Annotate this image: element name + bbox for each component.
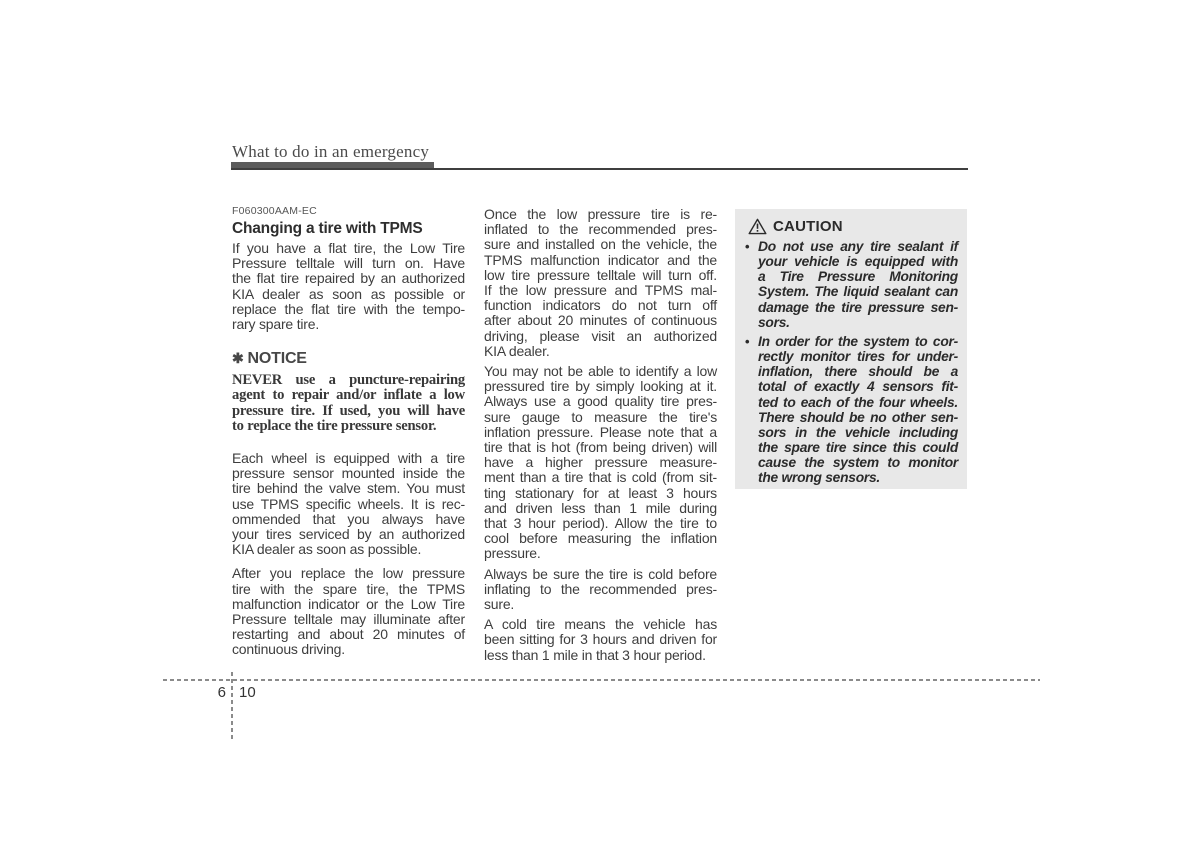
paragraph: Always be sure the tire is cold beforein…: [484, 567, 717, 613]
manual-page: What to do in an emergency F060300AAM-EC…: [0, 0, 1200, 848]
text-line: rectly monitor tires for under-: [758, 349, 958, 364]
text-line: sure.: [484, 597, 717, 612]
text-line: sors in the vehicle including: [758, 425, 958, 440]
text-line: the spare tire since this could: [758, 440, 958, 455]
text-line: tire that is hot (from being driven) wil…: [484, 440, 717, 455]
text-line: total of exactly 4 sensors fit-: [758, 379, 958, 394]
text-line: Pressure telltale may illuminate after: [232, 612, 465, 627]
text-line: pressure sensor mounted inside the: [232, 466, 465, 481]
text-line: replace the flat tire with the tempo-: [232, 302, 465, 317]
text-line: KIA dealer as soon as possible or: [232, 287, 465, 302]
text-line: You may not be able to identify a low: [484, 364, 717, 379]
text-line: after about 20 minutes of continuous: [484, 313, 717, 328]
text-line: tire behind the valve stem. You must: [232, 481, 465, 496]
text-line: a Tire Pressure Monitoring: [758, 269, 958, 284]
text-line: inflation pressure. Please note that a: [484, 425, 717, 440]
text-line: inflated to the recommended pres-: [484, 222, 717, 237]
text-line: inflation, there should be a: [758, 364, 958, 379]
paragraph: If you have a flat tire, the Low TirePre…: [232, 241, 465, 332]
text-line: KIA dealer as soon as possible.: [232, 542, 465, 557]
text-line: pressure.: [484, 546, 717, 561]
paragraph: Once the low pressure tire is re-inflate…: [484, 207, 717, 359]
text-line: the flat tire repaired by an authorized: [232, 271, 465, 286]
section-heading: Changing a tire with TPMS: [232, 220, 465, 238]
text-line: ting stationary for at least 3 hours: [484, 486, 717, 501]
caution-box: CAUTION • Do not use any tire sealant if…: [735, 209, 967, 489]
text-line: sors.: [758, 315, 958, 330]
text-line: Once the low pressure tire is re-: [484, 207, 717, 222]
text-line: your tires serviced by an authorized: [232, 527, 465, 542]
warning-triangle-icon: [748, 218, 767, 235]
caution-bullet-text: Do not use any tire sealant ifyour vehic…: [758, 239, 958, 330]
text-line: low tire pressure telltale will turn off…: [484, 268, 717, 283]
bullet-dot: •: [745, 239, 758, 330]
bullet-dot: •: [745, 334, 758, 486]
text-line: malfunction indicator or the Low Tire: [232, 597, 465, 612]
paragraph: After you replace the low pressuretire w…: [232, 566, 465, 657]
text-line: Do not use any tire sealant if: [758, 239, 958, 254]
section-code: F060300AAM-EC: [232, 205, 465, 218]
text-line: System. The liquid sealant can: [758, 284, 958, 299]
text-line: driving, please visit an authorized: [484, 329, 717, 344]
caution-bullet: • Do not use any tire sealant ifyour veh…: [745, 239, 958, 330]
text-line: ted to each of the four wheels.: [758, 395, 958, 410]
notice-body: NEVER use a puncture-repairingagent to r…: [232, 373, 465, 434]
text-line: Always use a good quality tire pres-: [484, 394, 717, 409]
text-line: ment than a tire that is cold (from sit-: [484, 470, 717, 485]
footer-chapter-number: 6: [198, 684, 226, 701]
text-line: TPMS malfunction indicator and the: [484, 253, 717, 268]
text-line: If you have a flat tire, the Low Tire: [232, 241, 465, 256]
text-line: inflating to the recommended pres-: [484, 582, 717, 597]
text-line: to replace the tire pressure sensor.: [232, 419, 465, 434]
notice-block: ✱NOTICE NEVER use a puncture-repairingag…: [232, 348, 465, 434]
text-line: the wrong sensors.: [758, 470, 958, 485]
text-line: NEVER use a puncture-repairing: [232, 373, 465, 388]
paragraph: Each wheel is equipped with a tirepressu…: [232, 451, 465, 557]
text-line: that 3 hour period). Allow the tire to: [484, 516, 717, 531]
footer-vertical-divider: [231, 672, 233, 740]
header-rule-line: [231, 168, 968, 170]
text-line: After you replace the low pressure: [232, 566, 465, 581]
text-line: your vehicle is equipped with: [758, 254, 958, 269]
text-line: Pressure telltale will turn on. Have: [232, 256, 465, 271]
text-line: There should be no other sen-: [758, 410, 958, 425]
text-line: tire with the spare tire, the TPMS: [232, 582, 465, 597]
paragraph: You may not be able to identify a lowpre…: [484, 364, 717, 562]
notice-heading: ✱NOTICE: [232, 348, 465, 369]
text-line: cause the system to monitor: [758, 455, 958, 470]
text-line: KIA dealer.: [484, 344, 717, 359]
text-line: If the low pressure and TPMS mal-: [484, 283, 717, 298]
text-line: sure gauge to measure the tire's: [484, 410, 717, 425]
text-line: use TPMS specific wheels. It is rec-: [232, 497, 465, 512]
text-line: pressured tire by simply looking at it.: [484, 379, 717, 394]
text-line: ommended that you always have: [232, 512, 465, 527]
running-header-title: What to do in an emergency: [232, 142, 429, 162]
text-line: Always be sure the tire is cold before: [484, 567, 717, 582]
text-line: been sitting for 3 hours and driven for: [484, 632, 717, 647]
text-line: rary spare tire.: [232, 317, 465, 332]
footer-page-number: 10: [239, 684, 256, 701]
text-line: have a higher pressure measure-: [484, 455, 717, 470]
text-line: cool before measuring the inflation: [484, 531, 717, 546]
text-line: Each wheel is equipped with a tire: [232, 451, 465, 466]
text-line: continuous driving.: [232, 642, 465, 657]
left-column: F060300AAM-EC Changing a tire with TPMS …: [232, 205, 465, 663]
notice-title: NOTICE: [248, 350, 307, 367]
text-line: restarting and about 20 minutes of: [232, 627, 465, 642]
notice-asterisk-icon: ✱: [232, 350, 244, 366]
paragraph: A cold tire means the vehicle hasbeen si…: [484, 617, 717, 663]
text-line: A cold tire means the vehicle has: [484, 617, 717, 632]
text-line: function indicators do not turn off: [484, 298, 717, 313]
text-line: and driven less than 1 mile during: [484, 501, 717, 516]
caution-heading: CAUTION: [745, 218, 958, 235]
text-line: pressure tire. If used, you will have: [232, 404, 465, 419]
caution-bullet: • In order for the system to cor-rectly …: [745, 334, 958, 486]
caution-title: CAUTION: [773, 218, 843, 235]
text-line: agent to repair and/or inflate a low: [232, 388, 465, 403]
text-line: damage the tire pressure sen-: [758, 300, 958, 315]
text-line: In order for the system to cor-: [758, 334, 958, 349]
text-line: less than 1 mile in that 3 hour period.: [484, 648, 717, 663]
text-line: sure and installed on the vehicle, the: [484, 237, 717, 252]
caution-bullet-text: In order for the system to cor-rectly mo…: [758, 334, 958, 486]
middle-column: Once the low pressure tire is re-inflate…: [484, 207, 717, 668]
footer-divider-line: [163, 679, 1040, 681]
